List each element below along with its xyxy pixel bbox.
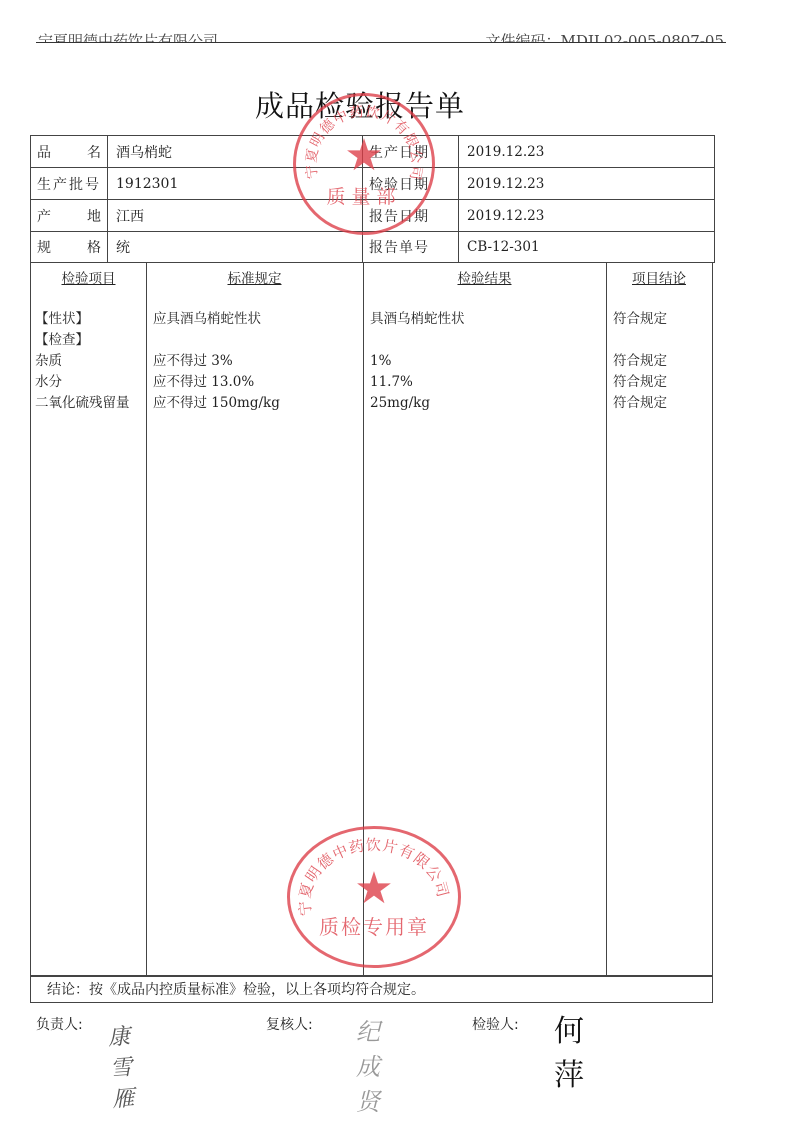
result-value: 11.7% <box>363 372 606 393</box>
product-info-table: 品 名 酒乌梢蛇 生产日期 2019.12.23 生产批号 1912301 检验… <box>30 135 715 263</box>
label-char: 规 <box>37 237 51 257</box>
result-item: 水分 <box>31 372 146 393</box>
overall-conclusion: 结论：按《成品内控质量标准》检验，以上各项均符合规定。 <box>30 976 713 1003</box>
column-test-item: 检验项目 【性状】【检查】杂质水分二氧化硫残留量 <box>31 263 147 975</box>
label-report-number: 报告单号 <box>363 232 459 262</box>
signature-reviewer: 复核人: 纪成贤 <box>266 1014 313 1034</box>
result-item: 二氧化硫残留量 <box>31 393 146 414</box>
inspector-label: 检验人: <box>472 1017 519 1033</box>
inspector-signature: 何萍 <box>554 1006 584 1094</box>
signature-inspector: 检验人: 何萍 <box>472 1014 519 1034</box>
value-inspection-date: 2019.12.23 <box>459 168 714 199</box>
column-result: 检验结果 具酒乌梢蛇性状1%11.7%25mg/kg <box>363 263 607 975</box>
result-conclusion: 符合规定 <box>606 351 712 372</box>
result-conclusion: 符合规定 <box>606 372 712 393</box>
result-value: 1% <box>363 351 606 372</box>
column-conclusion: 项目结论 符合规定符合规定符合规定符合规定 <box>606 263 712 975</box>
result-standard: 应具酒乌梢蛇性状 <box>146 309 363 330</box>
label-production-date: 生产日期 <box>363 136 459 167</box>
result-standard: 应不得过 150mg/kg <box>146 393 363 414</box>
result-item: 【检查】 <box>31 330 146 351</box>
result-value: 25mg/kg <box>363 393 606 414</box>
label-char: 品 <box>37 142 51 162</box>
signature-responsible: 负责人: 康雪雁 <box>36 1014 83 1034</box>
result-conclusion <box>606 330 712 351</box>
running-header: 宁夏明德中药饮片有限公司 文件编码：MDJL02-005-0807-05 <box>36 16 726 43</box>
result-standard: 应不得过 3% <box>146 351 363 372</box>
value-origin: 江西 <box>108 200 363 231</box>
reviewer-label: 复核人: <box>266 1017 313 1033</box>
label-char: 地 <box>87 206 101 226</box>
label-product-name: 品 名 <box>31 136 108 167</box>
value-specification: 统 <box>108 232 363 262</box>
label-report-date: 报告日期 <box>363 200 459 231</box>
info-row-origin: 产 地 江西 报告日期 2019.12.23 <box>31 200 714 232</box>
result-value <box>363 330 606 351</box>
value-product-name: 酒乌梢蛇 <box>108 136 363 167</box>
report-title: 成品检验报告单 <box>0 84 720 125</box>
label-char: 产 <box>37 206 51 226</box>
company-name: 宁夏明德中药饮片有限公司 <box>38 30 218 43</box>
header-test-item: 检验项目 <box>31 267 146 287</box>
inspection-results-table: 检验项目 【性状】【检查】杂质水分二氧化硫残留量 标准规定 应具酒乌梢蛇性状应不… <box>30 263 713 976</box>
label-specification: 规 格 <box>31 232 108 262</box>
label-char: 格 <box>87 237 101 257</box>
result-standard: 应不得过 13.0% <box>146 372 363 393</box>
label-inspection-date: 检验日期 <box>363 168 459 199</box>
header-conclusion: 项目结论 <box>606 267 712 287</box>
column-standard: 标准规定 应具酒乌梢蛇性状应不得过 3%应不得过 13.0%应不得过 150mg… <box>146 263 364 975</box>
reviewer-signature: 纪成贤 <box>356 1012 380 1117</box>
result-value: 具酒乌梢蛇性状 <box>363 309 606 330</box>
info-row-spec: 规 格 统 报告单号 CB-12-301 <box>31 232 714 263</box>
value-production-date: 2019.12.23 <box>459 136 714 167</box>
value-report-date: 2019.12.23 <box>459 200 714 231</box>
result-conclusion: 符合规定 <box>606 393 712 414</box>
result-item: 杂质 <box>31 351 146 372</box>
info-row-batch: 生产批号 1912301 检验日期 2019.12.23 <box>31 168 714 200</box>
responsible-signature: 康雪雁 <box>107 1019 135 1113</box>
result-item: 【性状】 <box>31 309 146 330</box>
label-batch-number: 生产批号 <box>31 168 108 199</box>
value-report-number: CB-12-301 <box>459 232 714 262</box>
responsible-label: 负责人: <box>36 1017 83 1033</box>
result-standard <box>146 330 363 351</box>
document-code: 文件编码：MDJL02-005-0807-05 <box>485 30 724 43</box>
header-result: 检验结果 <box>363 267 606 287</box>
result-conclusion: 符合规定 <box>606 309 712 330</box>
info-row-product-name: 品 名 酒乌梢蛇 生产日期 2019.12.23 <box>31 136 714 168</box>
label-char: 名 <box>87 142 101 162</box>
label-origin: 产 地 <box>31 200 108 231</box>
signature-section: 负责人: 康雪雁 复核人: 纪成贤 检验人: 何萍 <box>36 1014 736 1064</box>
header-standard: 标准规定 <box>146 267 363 287</box>
value-batch-number: 1912301 <box>108 168 363 199</box>
